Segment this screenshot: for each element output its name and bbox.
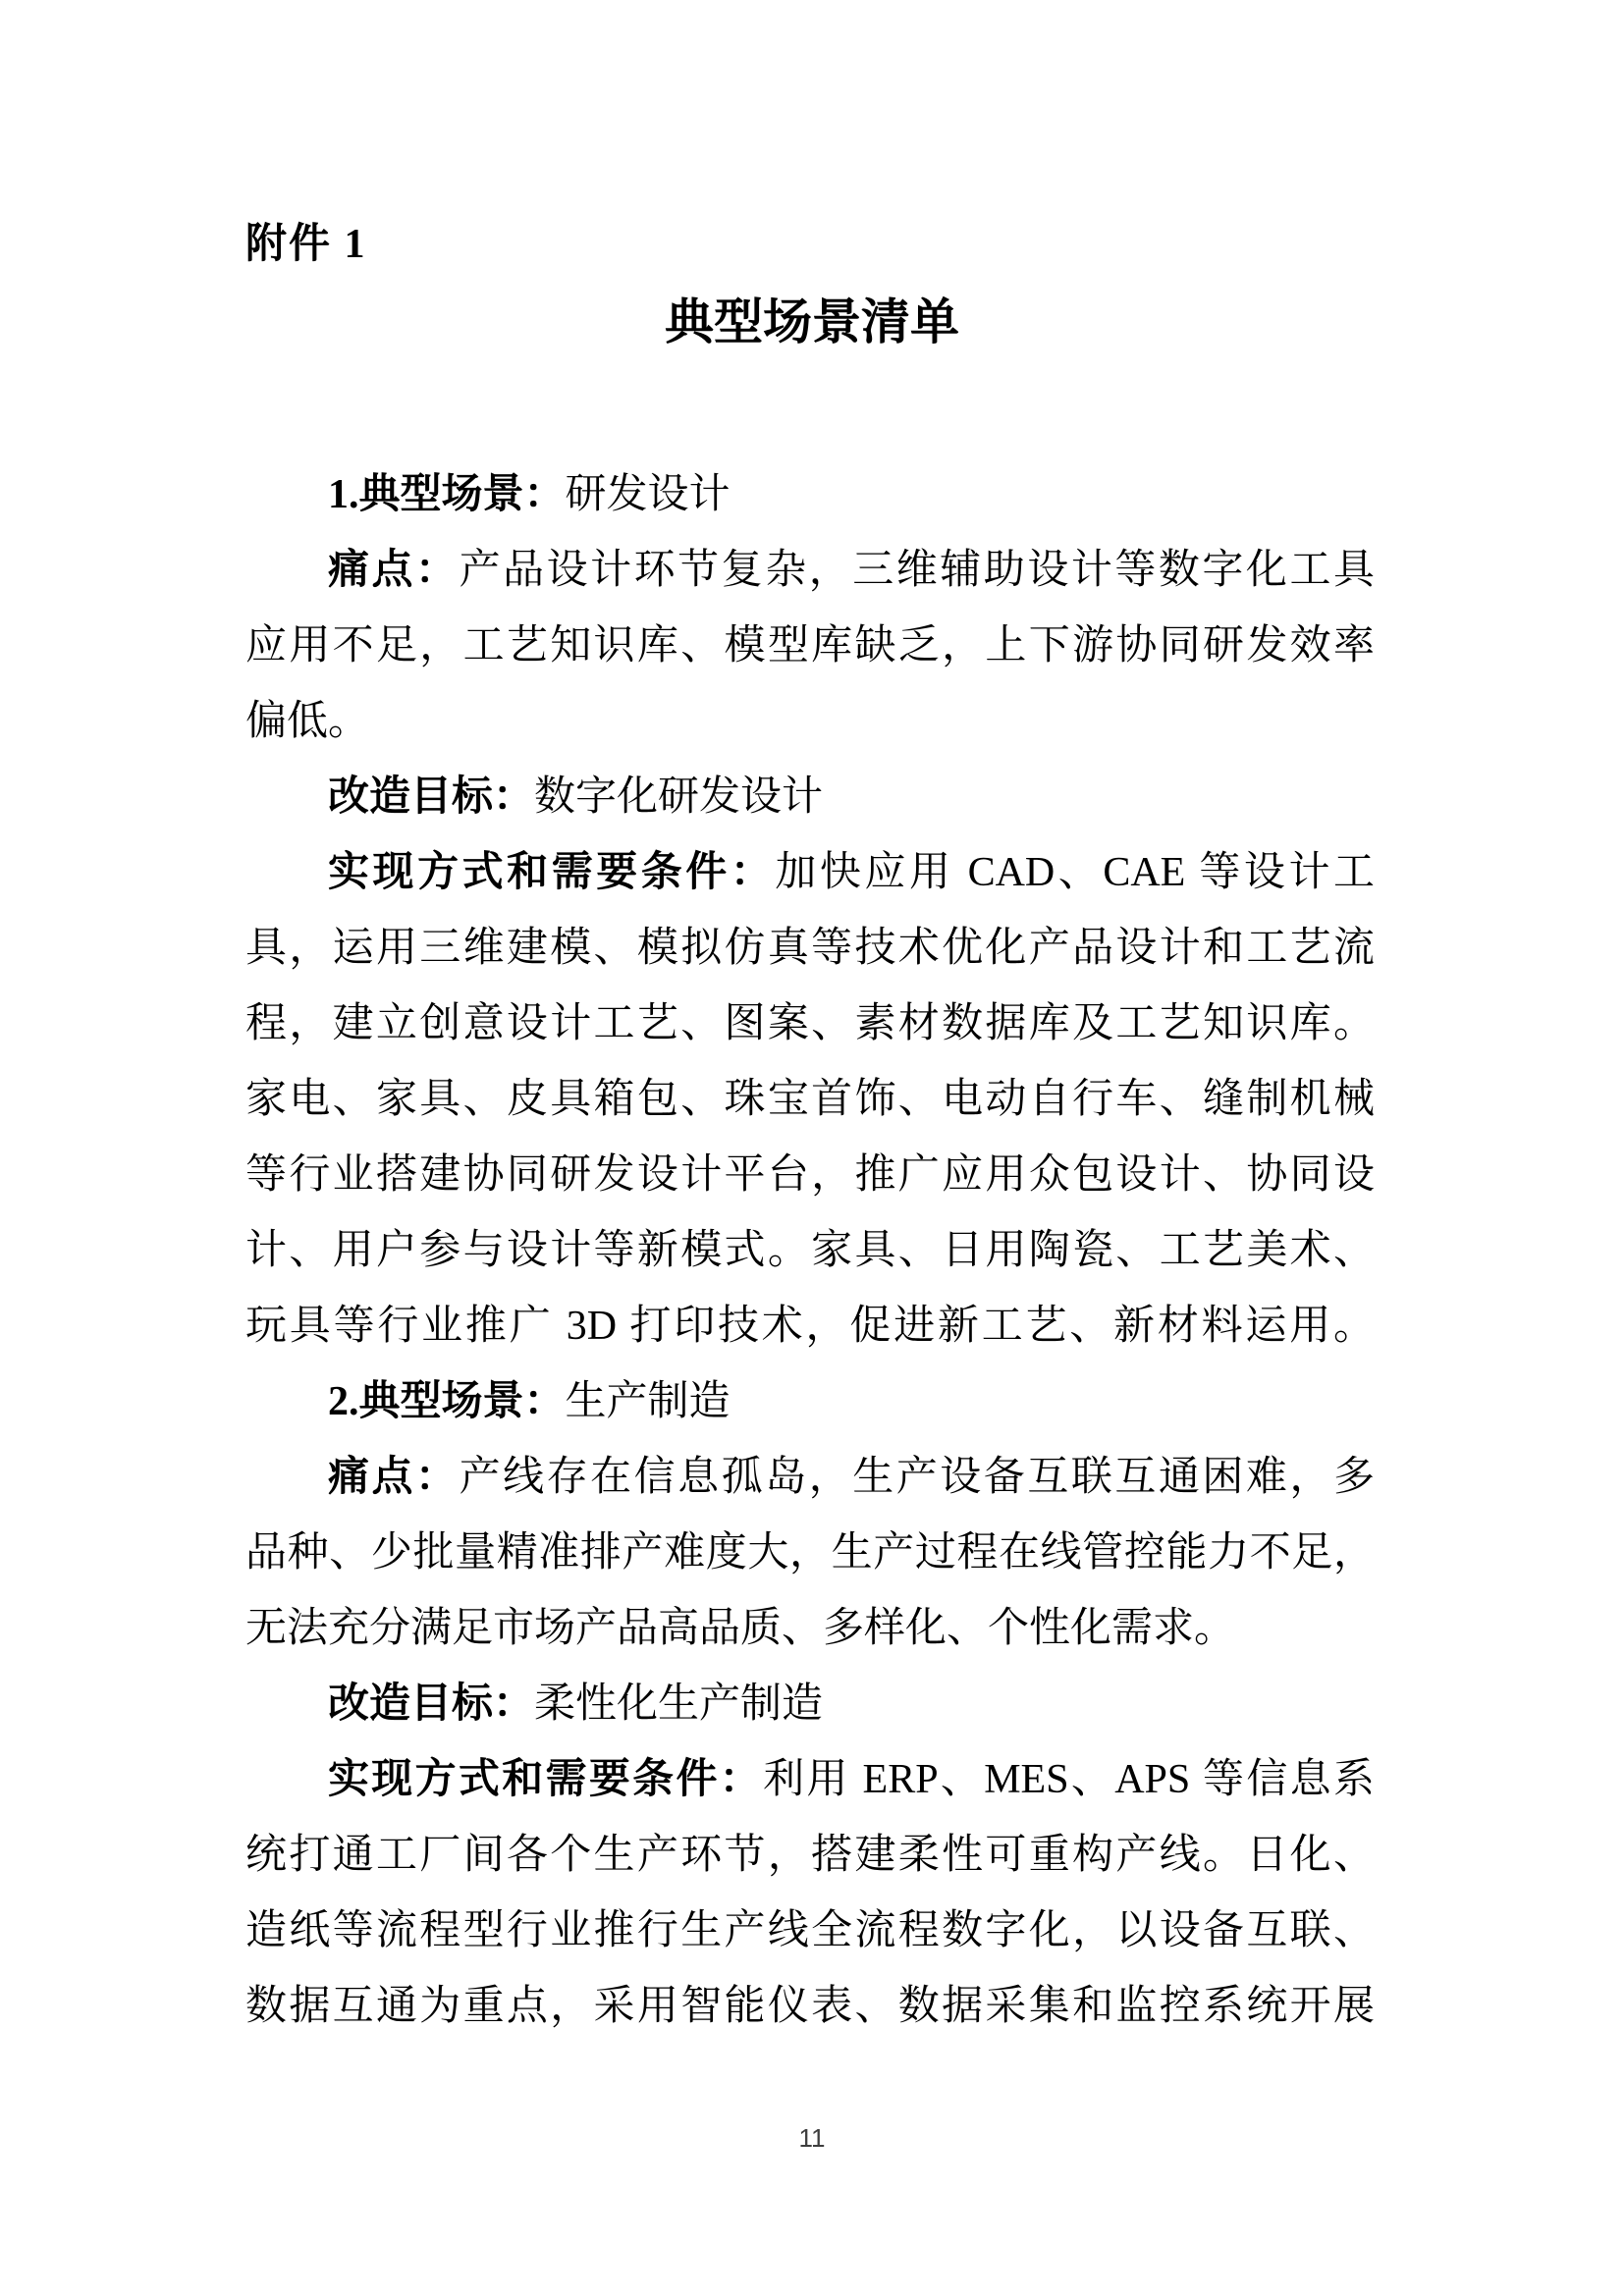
document-body: 1.典型场景：研发设计 痛点：产品设计环节复杂，三维辅助设计等数字化工具 应用不… bbox=[245, 457, 1375, 2045]
body-line: 实现方式和需要条件：利用 ERP、MES、APS 等信息系 bbox=[245, 1742, 1375, 1818]
body-line: 改造目标：数字化研发设计 bbox=[245, 760, 1375, 835]
body-line: 品种、少批量精准排产难度大，生产过程在线管控能力不足， bbox=[245, 1516, 1375, 1591]
body-line: 程，建立创意设计工艺、图案、素材数据库及工艺知识库。 bbox=[245, 987, 1375, 1062]
body-line: 造纸等流程型行业推行生产线全流程数字化，以设备互联、 bbox=[245, 1894, 1375, 1969]
body-line: 痛点：产线存在信息孤岛，生产设备互联互通困难，多 bbox=[245, 1440, 1375, 1516]
body-line: 等行业搭建协同研发设计平台，推广应用众包设计、协同设 bbox=[245, 1138, 1375, 1213]
body-line: 计、用户参与设计等新模式。家具、日用陶瓷、工艺美术、 bbox=[245, 1213, 1375, 1289]
page-number: 11 bbox=[0, 2123, 1624, 2153]
body-line: 痛点：产品设计环节复杂，三维辅助设计等数字化工具 bbox=[245, 533, 1375, 609]
body-line: 具，运用三维建模、模拟仿真等技术优化产品设计和工艺流 bbox=[245, 911, 1375, 987]
body-line: 家电、家具、皮具箱包、珠宝首饰、电动自行车、缝制机械 bbox=[245, 1062, 1375, 1138]
body-line: 玩具等行业推广 3D 打印技术，促进新工艺、新材料运用。 bbox=[245, 1289, 1375, 1364]
document-page: 附件 1 典型场景清单 1.典型场景：研发设计 痛点：产品设计环节复杂，三维辅助… bbox=[0, 0, 1624, 2296]
body-line: 应用不足，工艺知识库、模型库缺乏，上下游协同研发效率 bbox=[245, 609, 1375, 684]
body-line: 改造目标：柔性化生产制造 bbox=[245, 1667, 1375, 1742]
body-line: 实现方式和需要条件：加快应用 CAD、CAE 等设计工 bbox=[245, 835, 1375, 911]
body-line: 1.典型场景：研发设计 bbox=[245, 457, 1375, 533]
page-title: 典型场景清单 bbox=[0, 293, 1624, 351]
body-line: 统打通工厂间各个生产环节，搭建柔性可重构产线。日化、 bbox=[245, 1818, 1375, 1894]
body-line: 偏低。 bbox=[245, 684, 1375, 760]
attachment-label: 附件 1 bbox=[245, 220, 367, 269]
body-line: 2.典型场景：生产制造 bbox=[245, 1364, 1375, 1440]
body-line: 数据互通为重点，采用智能仪表、数据采集和监控系统开展 bbox=[245, 1969, 1375, 2045]
body-line: 无法充分满足市场产品高品质、多样化、个性化需求。 bbox=[245, 1591, 1375, 1667]
